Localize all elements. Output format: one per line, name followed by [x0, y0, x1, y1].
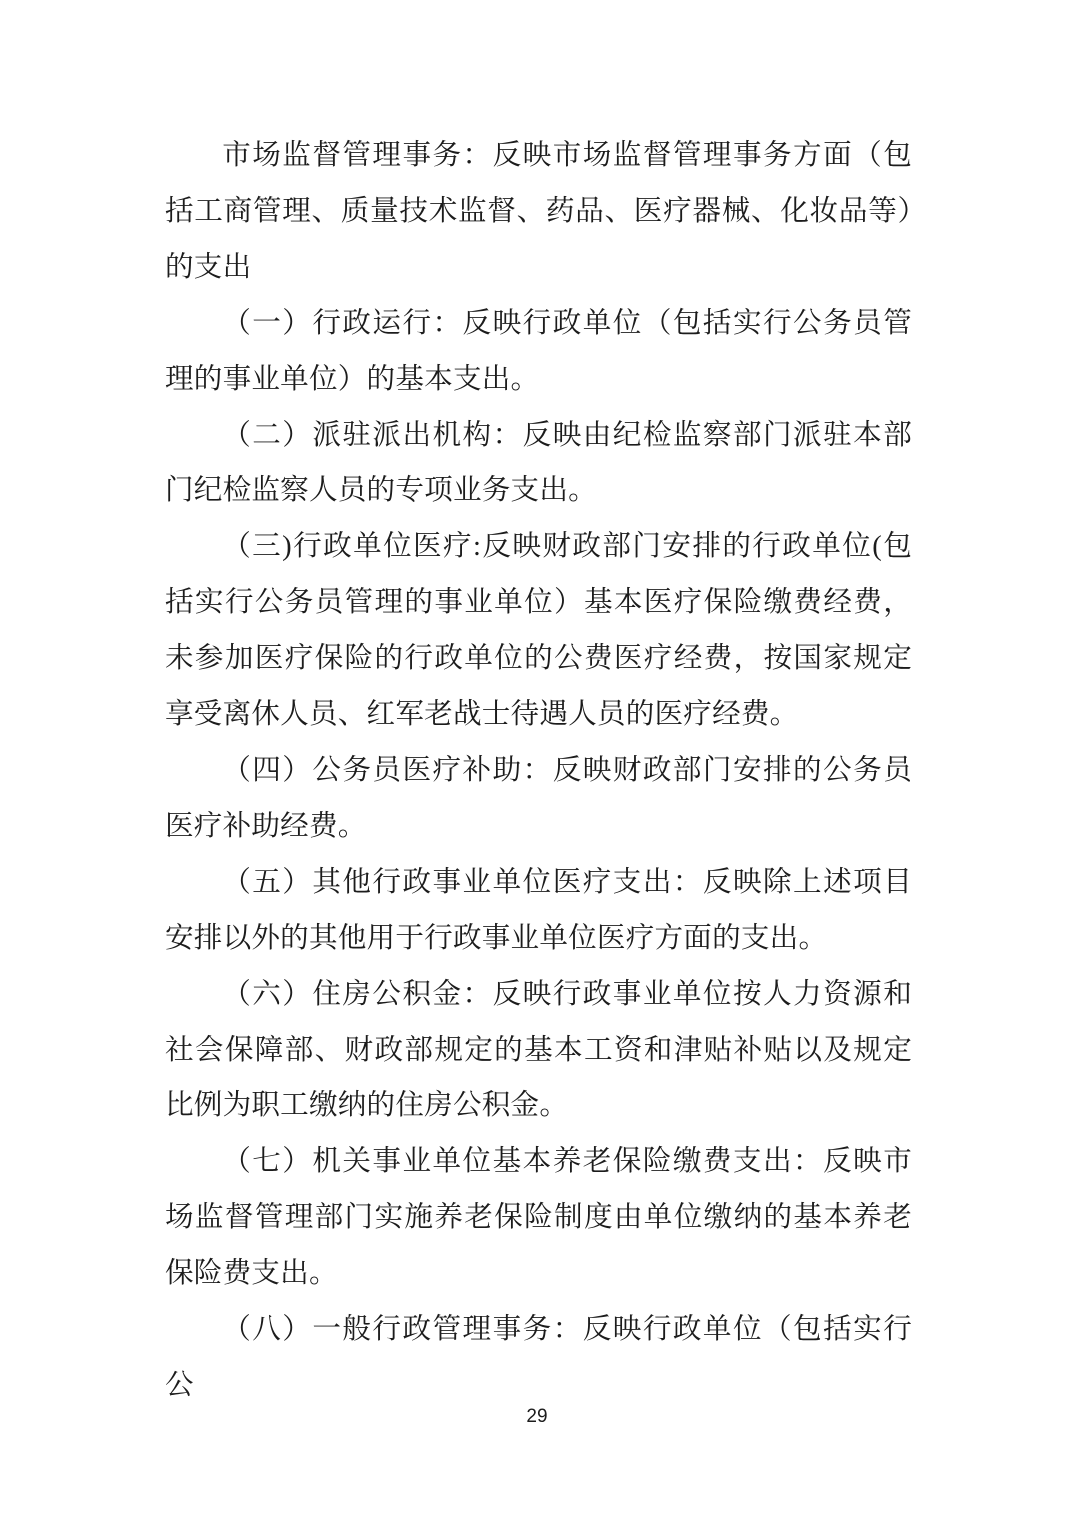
paragraph: （一）行政运行：反映行政单位（包括实行公务员管理的事业单位）的基本支出。 [165, 296, 912, 408]
paragraph: （七）机关事业单位基本养老保险缴费支出：反映市场监督管理部门实施养老保险制度由单… [165, 1134, 912, 1302]
page-number: 29 [0, 1406, 1074, 1428]
paragraph: （六）住房公积金：反映行政事业单位按人力资源和社会保障部、财政部规定的基本工资和… [165, 967, 912, 1135]
body-text: 市场监督管理事务：反映市场监督管理事务方面（包括工商管理、质量技术监督、药品、医… [165, 128, 912, 1414]
paragraph: （八）一般行政管理事务：反映行政单位（包括实行公 [165, 1302, 912, 1414]
paragraph: （五）其他行政事业单位医疗支出：反映除上述项目安排以外的其他用于行政事业单位医疗… [165, 855, 912, 967]
document-page: 市场监督管理事务：反映市场监督管理事务方面（包括工商管理、质量技术监督、药品、医… [0, 0, 1074, 1520]
paragraph: 市场监督管理事务：反映市场监督管理事务方面（包括工商管理、质量技术监督、药品、医… [165, 128, 912, 296]
paragraph: （三)行政单位医疗:反映财政部门安排的行政单位(包括实行公务员管理的事业单位）基… [165, 519, 912, 743]
paragraph: （四）公务员医疗补助：反映财政部门安排的公务员医疗补助经费。 [165, 743, 912, 855]
paragraph: （二）派驻派出机构：反映由纪检监察部门派驻本部门纪检监察人员的专项业务支出。 [165, 408, 912, 520]
